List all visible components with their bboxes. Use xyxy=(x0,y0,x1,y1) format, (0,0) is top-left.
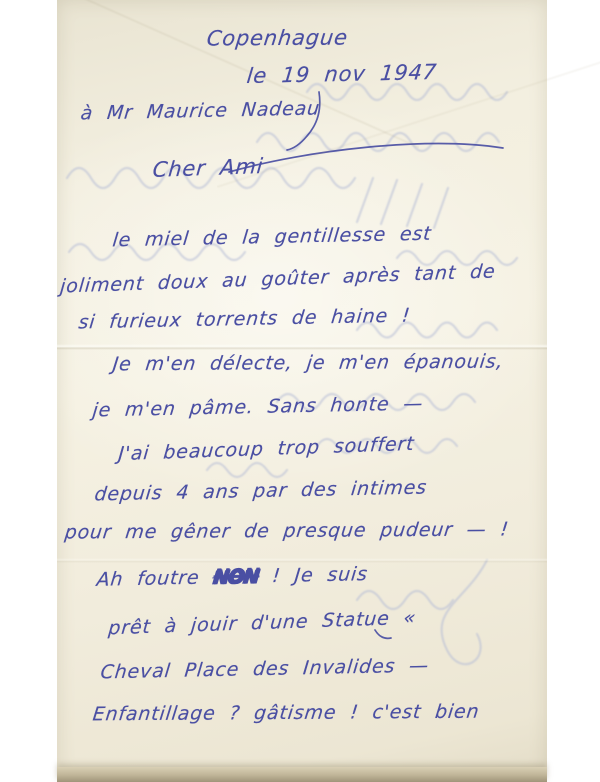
letter-line-with-scribble: Ah foutre NON ! Je suis xyxy=(96,563,369,591)
letter-date: le 19 nov 1947 xyxy=(246,60,439,88)
line-text-after-scribble: ! Je suis xyxy=(271,563,369,587)
letter-place: Copenhague xyxy=(206,26,350,51)
letter-line: Cheval Place des Invalides — xyxy=(99,655,430,684)
paper-bottom-edge-shadow xyxy=(57,767,547,782)
line-text-before-scribble: Ah foutre xyxy=(96,567,201,591)
letter-line: Enfantillage ? gâtisme ! c'est bien xyxy=(92,701,481,726)
letter-line: pour me gêner de presque pudeur — ! xyxy=(64,518,511,543)
letter-line: le miel de la gentillesse est xyxy=(112,223,433,252)
letter-line: je m'en pâme. Sans honte — xyxy=(91,393,424,422)
letter-line: Je m'en délecte, je m'en épanouis, xyxy=(112,351,505,376)
letter-line: depuis 4 ans par des intimes xyxy=(93,477,428,506)
letter-paper-sheet: Copenhague le 19 nov 1947 à Mr Maurice N… xyxy=(57,0,547,782)
horizontal-fold-crease xyxy=(57,558,547,563)
horizontal-fold-crease xyxy=(57,344,547,350)
scanned-letter: Copenhague le 19 nov 1947 à Mr Maurice N… xyxy=(0,0,600,782)
letter-salutation: Cher Ami xyxy=(152,154,265,182)
letter-recipient: à Mr Maurice Nadeau xyxy=(80,98,322,125)
letter-line: J'ai beaucoup trop souffert xyxy=(117,433,415,465)
letter-line: prêt à jouir d'une Statue « xyxy=(107,607,417,640)
letter-line: joliment doux au goûter après tant de xyxy=(59,260,496,297)
letter-line: si furieux torrents de haine ! xyxy=(77,305,411,334)
scribbled-out-word: NON xyxy=(212,565,259,588)
